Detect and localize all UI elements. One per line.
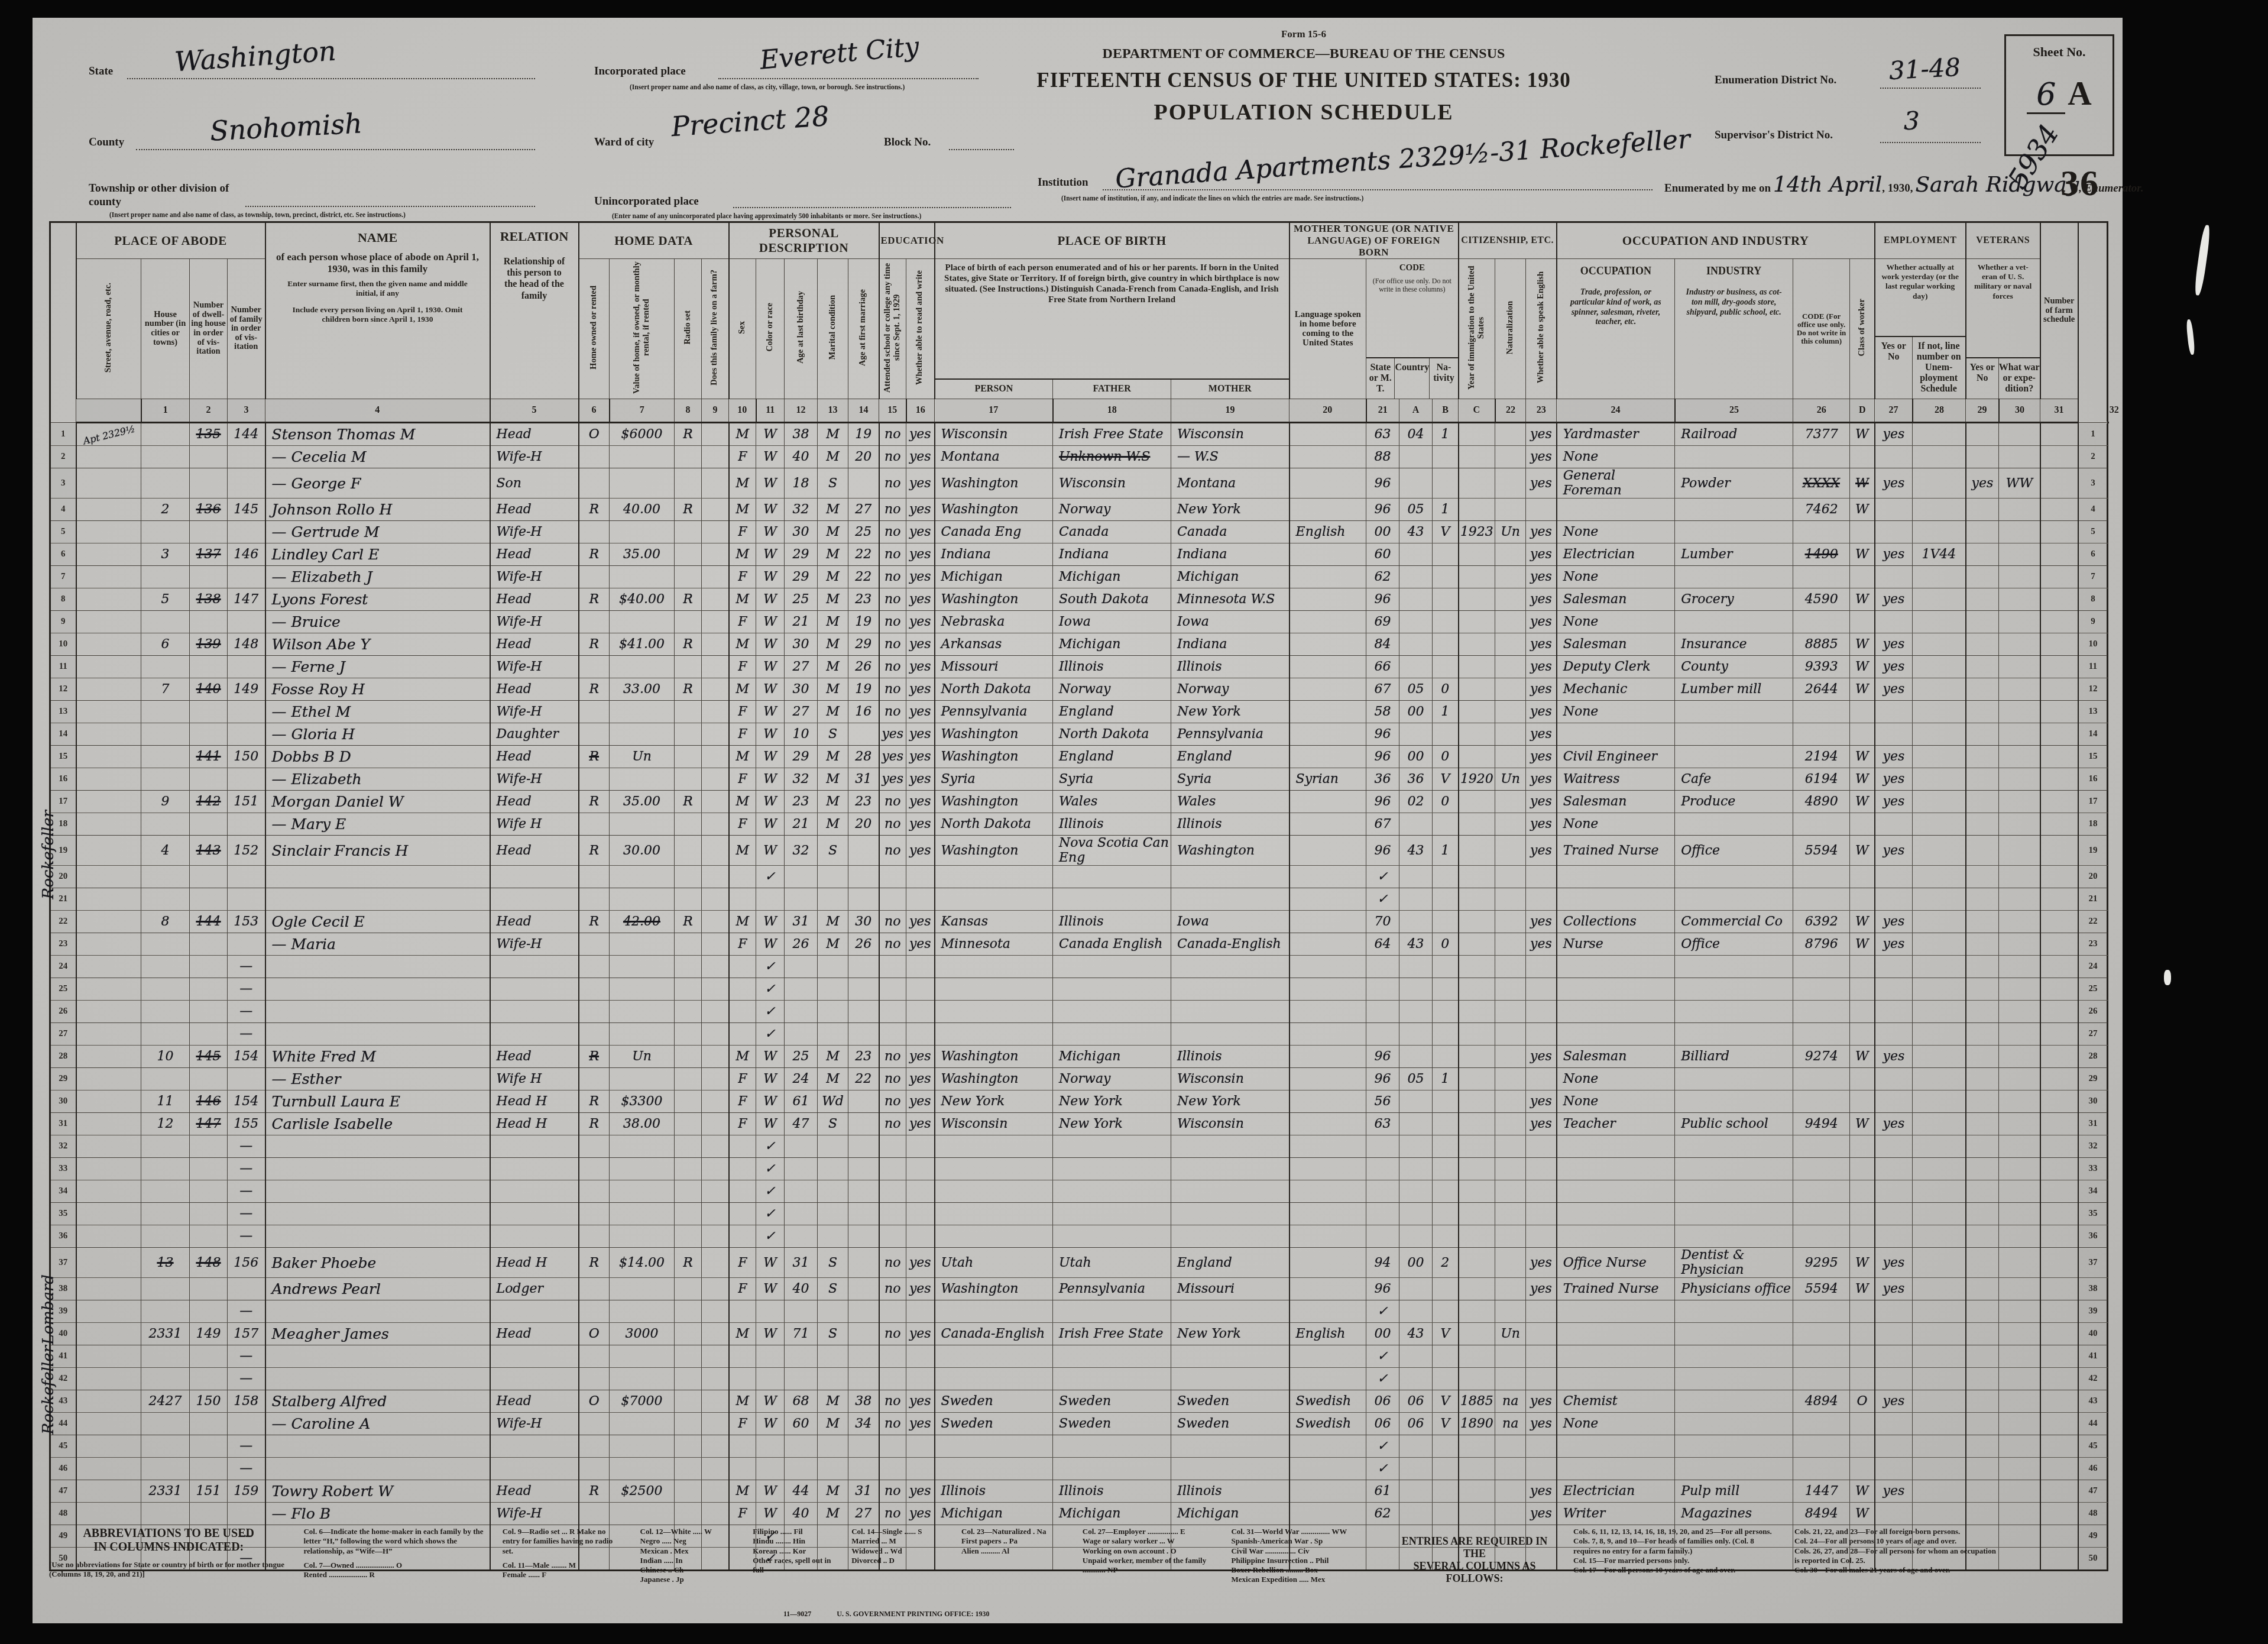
- cell-occupation: None: [1557, 446, 1675, 468]
- col12b-block: Filipino ...... Fil Hindu ........ Hin K…: [753, 1527, 836, 1575]
- cell-vet-yes: [1966, 1345, 1999, 1368]
- cell-marital: S: [818, 836, 848, 866]
- cell-code-b: [1399, 1435, 1433, 1458]
- cell-occupation: Waitress: [1557, 768, 1675, 791]
- cell-industry: [1675, 1180, 1793, 1203]
- cell-home: [579, 1225, 610, 1248]
- cell-school: no: [879, 1090, 906, 1113]
- cell-family: [228, 611, 265, 633]
- cell-race: ✓: [756, 1225, 785, 1248]
- cell-farm: [702, 791, 729, 813]
- cell-industry: [1675, 1368, 1793, 1390]
- line-number-right: 30: [2078, 1090, 2108, 1113]
- cell-dwelling: [190, 1458, 228, 1480]
- line-number-right: 50: [2078, 1548, 2108, 1571]
- cell-farm: [702, 1480, 729, 1503]
- cell-street: [76, 1046, 141, 1068]
- cell-code-c: [1433, 813, 1459, 836]
- cell-marital: M: [818, 791, 848, 813]
- cell-naturalization: [1495, 1158, 1526, 1180]
- col27-block: Col. 27—Employer ................ E Wage…: [1083, 1527, 1216, 1575]
- cell-war: [1999, 791, 2040, 813]
- cell-sex: [729, 978, 756, 1001]
- cell-age: [785, 1001, 818, 1023]
- cell-radio: [675, 746, 702, 768]
- cell-tongue: [1289, 1480, 1366, 1503]
- cell-industry: Physicians office: [1675, 1278, 1793, 1300]
- cell-sex: [729, 1158, 756, 1180]
- cell-code-d: 9274: [1793, 1046, 1850, 1068]
- cell-code-a: 63: [1366, 423, 1399, 446]
- cell-birth-mother: Wisconsin: [1171, 1113, 1289, 1135]
- cell-immigration: [1459, 566, 1495, 588]
- cell-farm: [702, 446, 729, 468]
- cell-house: 4: [141, 836, 190, 866]
- cell-vet-yes: [1966, 566, 1999, 588]
- cell-radio: R: [675, 588, 702, 611]
- cell-tongue: [1289, 588, 1366, 611]
- cell-vet-yes: [1966, 611, 1999, 633]
- cell-naturalization: [1495, 813, 1526, 836]
- cell-street: [76, 956, 141, 978]
- cell-age: [785, 1158, 818, 1180]
- cell-farm-sched: [2040, 1023, 2078, 1046]
- cell-immigration: [1459, 633, 1495, 656]
- cell-street: [76, 543, 141, 566]
- line-number-left: 17: [50, 791, 76, 813]
- cell-work-yes: yes: [1875, 1248, 1913, 1278]
- cell-industry: Produce: [1675, 791, 1793, 813]
- cell-race: W: [756, 1413, 785, 1435]
- person-row-8: 85138147Lyons ForestHeadR$40.00RMW25M23n…: [50, 588, 2108, 611]
- cell-home: [579, 723, 610, 746]
- cell-relation: Wife-H: [490, 1503, 579, 1525]
- cell-birth-mother: Illinois: [1171, 656, 1289, 678]
- cell-code-d: 4890: [1793, 791, 1850, 813]
- cell-sex: F: [729, 521, 756, 543]
- person-row-20: 20✓✓20: [50, 866, 2108, 888]
- cell-birth-father: Nova Scotia Can Eng: [1053, 836, 1171, 866]
- person-row-24: 24—✓24: [50, 956, 2108, 978]
- cell-code-c: V: [1433, 1323, 1459, 1345]
- cell-industry: [1675, 1345, 1793, 1368]
- cell-marital: [818, 1203, 848, 1225]
- cell-value: 35.00: [610, 791, 675, 813]
- cell-relation: Head: [490, 588, 579, 611]
- cell-war: [1999, 1458, 2040, 1480]
- cell-school: [879, 1180, 906, 1203]
- cell-age: [785, 956, 818, 978]
- cell-naturalization: [1495, 1368, 1526, 1390]
- cell-value: [610, 1503, 675, 1525]
- cell-radio: [675, 1300, 702, 1323]
- cell-farm-sched: [2040, 723, 2078, 746]
- cell-relation: Head: [490, 678, 579, 701]
- cell-unemp-line: [1913, 933, 1966, 956]
- relation-desc: Relationship of this person to the head …: [495, 253, 574, 305]
- cell-home: [579, 1368, 610, 1390]
- cell-age-marriage: [848, 723, 879, 746]
- cell-code-a: 00: [1366, 1323, 1399, 1345]
- cell-race: W: [756, 656, 785, 678]
- cell-occupation: General Foreman: [1557, 468, 1675, 499]
- cell-race: ✓: [756, 978, 785, 1001]
- cell-birth-mother: Michigan: [1171, 1503, 1289, 1525]
- cell-birth-father: Pennsylvania: [1053, 1278, 1171, 1300]
- cell-immigration: [1459, 1046, 1495, 1068]
- cell-birth-mother: Michigan: [1171, 566, 1289, 588]
- col-sex: Sex: [729, 259, 756, 399]
- cell-english: yes: [1526, 1413, 1557, 1435]
- cell-occupation: Civil Engineer: [1557, 746, 1675, 768]
- cell-birth-person: Minnesota: [935, 933, 1053, 956]
- cell-immigration: [1459, 1435, 1495, 1458]
- cell-home: [579, 1435, 610, 1458]
- cell-name: [265, 1300, 490, 1323]
- cell-work-yes: [1875, 1458, 1913, 1480]
- cell-school: no: [879, 633, 906, 656]
- cell-war: [1999, 1525, 2040, 1548]
- cell-code-d: [1793, 701, 1850, 723]
- cell-birth-mother: Illinois: [1171, 1480, 1289, 1503]
- cell-code-d: 4590: [1793, 588, 1850, 611]
- column-number-7: 7: [610, 399, 675, 423]
- cell-naturalization: [1495, 1203, 1526, 1225]
- incorporated-line: [718, 78, 979, 79]
- cell-naturalization: [1495, 499, 1526, 521]
- abbrev-title: ABBREVIATIONS TO BE USED IN COLUMNS INDI…: [49, 1527, 288, 1554]
- cell-sex: M: [729, 499, 756, 521]
- col-code-c: Na­tivity: [1429, 358, 1457, 399]
- cell-school: [879, 956, 906, 978]
- cell-industry: [1675, 1135, 1793, 1158]
- cell-family: [228, 768, 265, 791]
- cell-work-yes: yes: [1875, 746, 1913, 768]
- column-number-D: D: [1850, 399, 1875, 423]
- cell-age: [785, 1203, 818, 1225]
- cell-industry: [1675, 1323, 1793, 1345]
- cell-vet-yes: [1966, 1113, 1999, 1135]
- cell-school: no: [879, 1390, 906, 1413]
- col11-note: Col. 11—Male ........ M Female ...... F: [503, 1561, 625, 1580]
- cell-name: — Flo B: [265, 1503, 490, 1525]
- cell-street: [76, 1023, 141, 1046]
- cell-birth-father: [1053, 1300, 1171, 1323]
- cell-marital: [818, 1300, 848, 1323]
- cell-house: [141, 468, 190, 499]
- cell-immigration: [1459, 1503, 1495, 1525]
- cell-family: [228, 866, 265, 888]
- cell-home: [579, 468, 610, 499]
- cell-street: [76, 836, 141, 866]
- cell-birth-mother: [1171, 1345, 1289, 1368]
- cell-age: 44: [785, 1480, 818, 1503]
- cell-sex: [729, 1345, 756, 1368]
- cell-home: [579, 1278, 610, 1300]
- cell-sex: [729, 1225, 756, 1248]
- person-row-45: 45—✓45: [50, 1435, 2108, 1458]
- cell-vet-yes: [1966, 1203, 1999, 1225]
- cell-naturalization: [1495, 423, 1526, 446]
- cell-unemp-line: [1913, 611, 1966, 633]
- cell-work-yes: [1875, 1023, 1913, 1046]
- line-number-left: 48: [50, 1503, 76, 1525]
- cell-birth-mother: Sweden: [1171, 1390, 1289, 1413]
- cell-radio: [675, 656, 702, 678]
- column-number-B: B: [1433, 399, 1459, 423]
- cell-tongue: [1289, 1345, 1366, 1368]
- cell-school: no: [879, 1113, 906, 1135]
- cell-home: R: [579, 543, 610, 566]
- cell-relation: Wife-H: [490, 611, 579, 633]
- cell-farm-sched: [2040, 499, 2078, 521]
- cell-dwelling: [190, 656, 228, 678]
- cell-code-c: [1433, 633, 1459, 656]
- cell-sex: [729, 1001, 756, 1023]
- cell-age-marriage: 31: [848, 1480, 879, 1503]
- cell-home: [579, 1458, 610, 1480]
- cell-war: [1999, 701, 2040, 723]
- cell-sex: F: [729, 1248, 756, 1278]
- cell-industry: Powder: [1675, 468, 1793, 499]
- cell-farm-sched: [2040, 1158, 2078, 1180]
- cell-vet-yes: [1966, 1001, 1999, 1023]
- cell-marital: [818, 978, 848, 1001]
- cell-class: W: [1850, 423, 1875, 446]
- cell-tongue: [1289, 1458, 1366, 1480]
- cell-value: [610, 566, 675, 588]
- cell-family: [228, 933, 265, 956]
- person-row-14: 14— Gloria HDaughterFW10SyesyesWashingto…: [50, 723, 2108, 746]
- cell-home: R: [579, 633, 610, 656]
- cell-relation: Head: [490, 1480, 579, 1503]
- cell-class: W: [1850, 543, 1875, 566]
- cell-immigration: [1459, 1068, 1495, 1090]
- cell-race: W: [756, 933, 785, 956]
- cell-war: [1999, 1278, 2040, 1300]
- column-number-19: 19: [1171, 399, 1289, 423]
- line-number-right: 44: [2078, 1413, 2108, 1435]
- cell-code-b: [1399, 978, 1433, 1001]
- cell-immigration: [1459, 468, 1495, 499]
- township-line: [245, 206, 535, 207]
- cell-radio: [675, 446, 702, 468]
- cell-code-c: [1433, 446, 1459, 468]
- margin-street-note: Rockefeller: [40, 810, 57, 958]
- cell-read: yes: [906, 633, 935, 656]
- cell-birth-father: New York: [1053, 1113, 1171, 1135]
- cell-home: [579, 978, 610, 1001]
- cell-war: [1999, 1413, 2040, 1435]
- cell-age-marriage: 16: [848, 701, 879, 723]
- cell-name: — Elizabeth: [265, 768, 490, 791]
- cell-tongue: [1289, 611, 1366, 633]
- cell-english: [1526, 888, 1557, 911]
- cell-school: no: [879, 1413, 906, 1435]
- cell-farm: [702, 566, 729, 588]
- cell-radio: [675, 723, 702, 746]
- line-number-right: 8: [2078, 588, 2108, 611]
- cell-farm: [702, 1023, 729, 1046]
- cell-code-d: 5594: [1793, 836, 1850, 866]
- cell-occupation: Salesman: [1557, 588, 1675, 611]
- cell-work-yes: [1875, 521, 1913, 543]
- cell-school: no: [879, 911, 906, 933]
- line-number-right: 23: [2078, 933, 2108, 956]
- cell-birth-father: [1053, 1135, 1171, 1158]
- cell-age: [785, 888, 818, 911]
- cell-class: W: [1850, 633, 1875, 656]
- cell-age: 25: [785, 1046, 818, 1068]
- person-row-19: 194143152Sinclair Francis HHeadR30.00MW3…: [50, 836, 2108, 866]
- cell-value: [610, 1225, 675, 1248]
- cell-english: [1526, 1368, 1557, 1390]
- cell-relation: Wife-H: [490, 446, 579, 468]
- cell-family: —: [228, 956, 265, 978]
- cell-family: [228, 888, 265, 911]
- cell-code-b: [1399, 1368, 1433, 1390]
- cell-unemp-line: [1913, 1001, 1966, 1023]
- cell-name: — Elizabeth J: [265, 566, 490, 588]
- cell-immigration: [1459, 1248, 1495, 1278]
- unincorporated-note: (Enter name of any unincorporated place …: [612, 213, 1014, 220]
- cell-age: 21: [785, 813, 818, 836]
- cell-value: $3300: [610, 1090, 675, 1113]
- cell-age: 31: [785, 911, 818, 933]
- cell-code-c: [1433, 1480, 1459, 1503]
- cell-tongue: Swedish: [1289, 1390, 1366, 1413]
- group-occupation: OCCUPATION AND INDUSTRY: [1557, 222, 1875, 259]
- cell-birth-father: Unknown W.S: [1053, 446, 1171, 468]
- cell-house: [141, 701, 190, 723]
- cell-unemp-line: [1913, 1458, 1966, 1480]
- cell-code-a: 96: [1366, 1278, 1399, 1300]
- cell-read: yes: [906, 791, 935, 813]
- cell-unemp-line: [1913, 1046, 1966, 1068]
- cell-farm: [702, 768, 729, 791]
- cell-street: [76, 656, 141, 678]
- cell-code-a: 96: [1366, 1046, 1399, 1068]
- cell-read: yes: [906, 1413, 935, 1435]
- cell-naturalization: [1495, 1248, 1526, 1278]
- cell-occupation: None: [1557, 1090, 1675, 1113]
- cell-vet-yes: [1966, 813, 1999, 836]
- cell-age: 61: [785, 1090, 818, 1113]
- schedule-title: POPULATION SCHEDULE: [860, 99, 1747, 125]
- block-label: Block No.: [884, 136, 931, 149]
- cell-industry: [1675, 566, 1793, 588]
- cell-naturalization: [1495, 1345, 1526, 1368]
- cell-age-marriage: [848, 1135, 879, 1158]
- cell-dwelling: [190, 701, 228, 723]
- line-col-right-header: [2078, 222, 2108, 423]
- cell-farm-sched: [2040, 446, 2078, 468]
- cell-marital: S: [818, 468, 848, 499]
- cell-value: [610, 978, 675, 1001]
- cell-tongue: Swedish: [1289, 1413, 1366, 1435]
- col-race: Color or race: [756, 259, 785, 399]
- cell-unemp-line: [1913, 1225, 1966, 1248]
- cell-code-d: [1793, 723, 1850, 746]
- cell-age-marriage: [848, 1180, 879, 1203]
- cell-name: Fosse Roy H: [265, 678, 490, 701]
- cell-sex: M: [729, 1323, 756, 1345]
- cell-vet-yes: [1966, 701, 1999, 723]
- sheet-letter: A: [2068, 76, 2091, 112]
- col-emp-yes: Yes or No: [1875, 337, 1912, 399]
- cell-occupation: None: [1557, 566, 1675, 588]
- cell-war: [1999, 1435, 2040, 1458]
- cell-farm: [702, 701, 729, 723]
- person-row-47: 472331151159Towry Robert WHeadR$2500MW44…: [50, 1480, 2108, 1503]
- cell-work-yes: [1875, 956, 1913, 978]
- cell-farm: [702, 836, 729, 866]
- cell-home: R: [579, 1113, 610, 1135]
- cell-immigration: 1920: [1459, 768, 1495, 791]
- cell-street: [76, 1390, 141, 1413]
- cell-unemp-line: [1913, 723, 1966, 746]
- cell-family: 156: [228, 1248, 265, 1278]
- cell-race: W: [756, 1046, 785, 1068]
- cell-code-d: 6392: [1793, 911, 1850, 933]
- cell-home: R: [579, 1480, 610, 1503]
- line-number-left: 8: [50, 588, 76, 611]
- cell-farm: [702, 1068, 729, 1090]
- cell-code-b: 43: [1399, 836, 1433, 866]
- cell-code-b: [1399, 1278, 1433, 1300]
- cell-work-yes: yes: [1875, 933, 1913, 956]
- cell-farm-sched: [2040, 566, 2078, 588]
- cell-home: R: [579, 911, 610, 933]
- cell-farm: [702, 1180, 729, 1203]
- cell-dwelling: 148: [190, 1248, 228, 1278]
- footer-notes: ABBREVIATIONS TO BE USED IN COLUMNS INDI…: [49, 1527, 2000, 1585]
- cell-code-c: [1433, 1345, 1459, 1368]
- cell-code-c: [1433, 1046, 1459, 1068]
- cell-home: R: [579, 791, 610, 813]
- cell-street: [76, 791, 141, 813]
- cell-work-yes: [1875, 611, 1913, 633]
- cell-race: W: [756, 701, 785, 723]
- cell-birth-mother: Canada: [1171, 521, 1289, 543]
- cell-home: [579, 866, 610, 888]
- cell-code-a: 67: [1366, 678, 1399, 701]
- cell-code-a: 00: [1366, 521, 1399, 543]
- cell-family: 151: [228, 791, 265, 813]
- cell-value: $2500: [610, 1480, 675, 1503]
- cell-school: [879, 1158, 906, 1180]
- cell-school: no: [879, 468, 906, 499]
- cell-birth-father: [1053, 1203, 1171, 1225]
- cell-vet-yes: [1966, 1413, 1999, 1435]
- cell-birth-person: Indiana: [935, 543, 1053, 566]
- cell-relation: Wife-H: [490, 656, 579, 678]
- cell-code-d: [1793, 978, 1850, 1001]
- cell-family: —: [228, 1158, 265, 1180]
- cell-dwelling: [190, 611, 228, 633]
- cell-birth-person: Montana: [935, 446, 1053, 468]
- cell-code-c: 0: [1433, 933, 1459, 956]
- cell-code-a: [1366, 956, 1399, 978]
- abbrev-note: [Use no abbreviations for State or count…: [49, 1560, 288, 1580]
- cell-industry: [1675, 746, 1793, 768]
- cell-family: 157: [228, 1323, 265, 1345]
- cell-school: no: [879, 1480, 906, 1503]
- cell-house: 3: [141, 543, 190, 566]
- line-number-right: 4: [2078, 499, 2108, 521]
- cell-birth-mother: [1171, 1458, 1289, 1480]
- cell-marital: S: [818, 1248, 848, 1278]
